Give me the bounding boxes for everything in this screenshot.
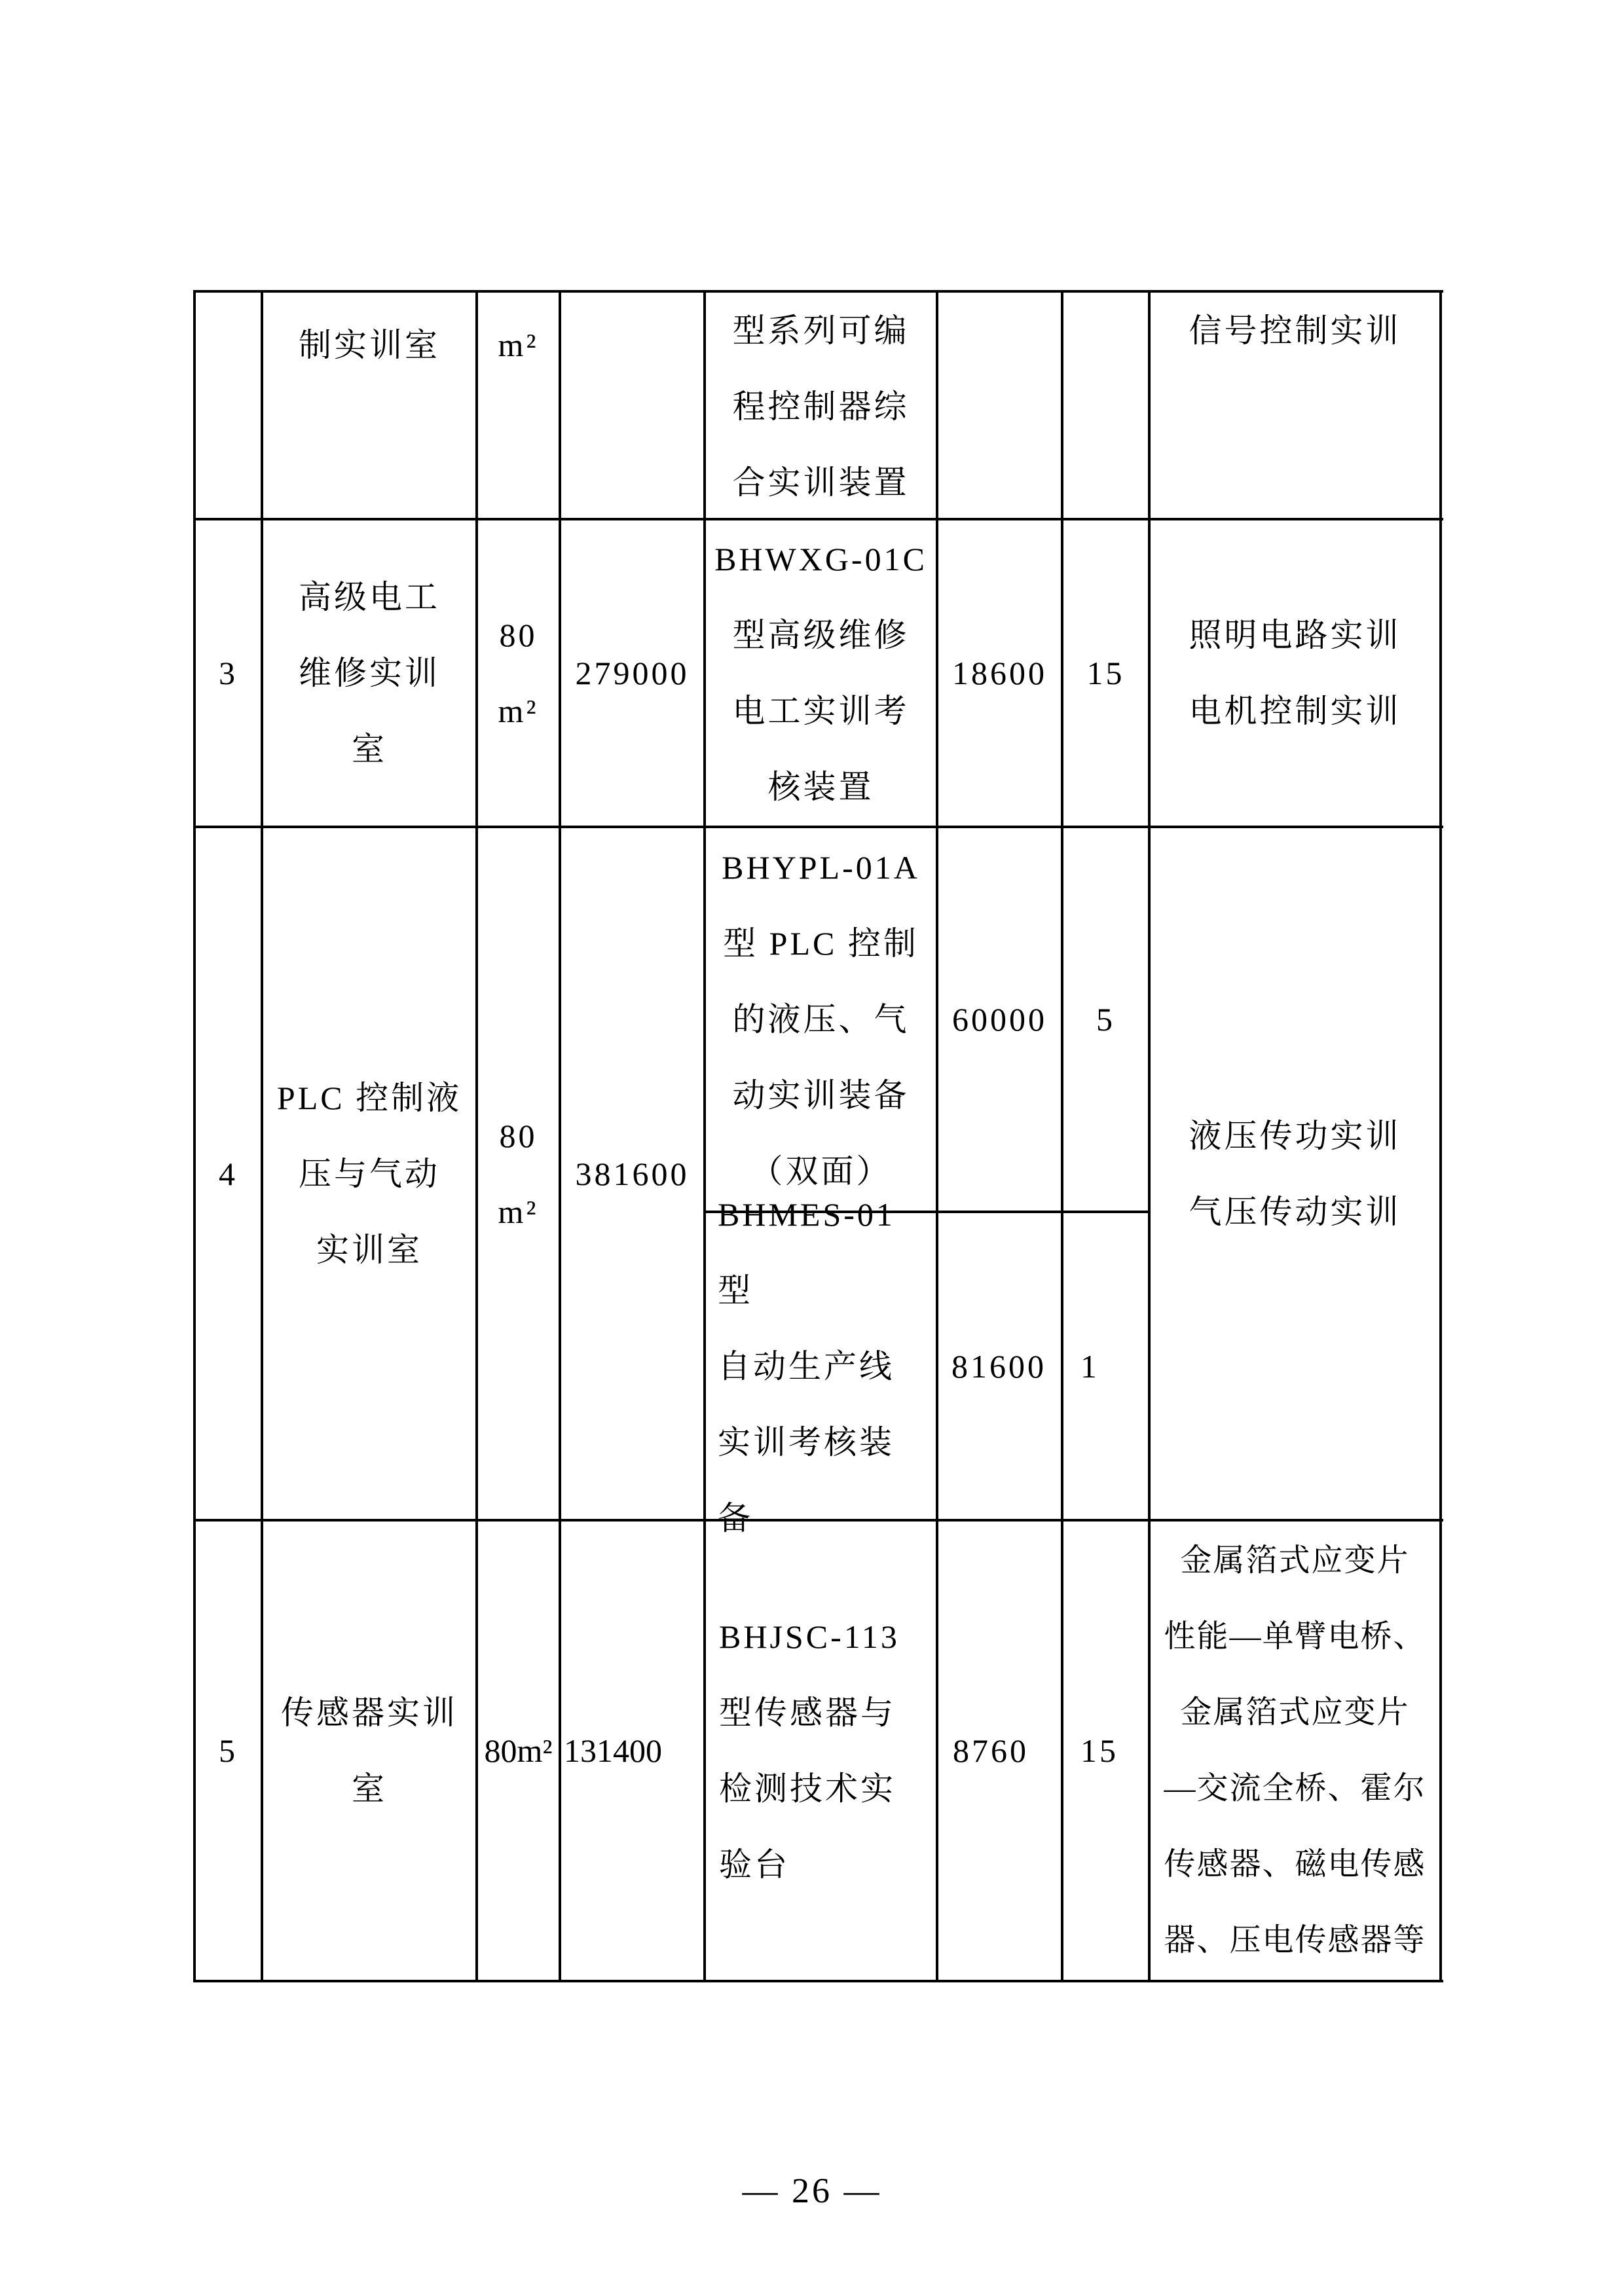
equipment-model: BHYPL-01A 型 PLC 控制 的液压、气 动实训装备 （双面） (722, 829, 920, 1209)
unit-price: 18600 (952, 635, 1047, 711)
room-name: 传感器实训 室 (281, 1675, 458, 1827)
cell-price: 18600 (938, 520, 1061, 826)
cell-qty: 1 (1063, 1213, 1148, 1519)
cell-model: BHWXG-01C 型高级维修 电工实训考 核装置 (706, 520, 936, 826)
page-number: — 26 — (0, 2170, 1624, 2211)
cell-model: BHJSC-113 型传感器与 检测技术实 验台 (706, 1522, 936, 1980)
cell-price: 8760 (938, 1522, 1061, 1980)
area-value: 80 m² (498, 1098, 539, 1250)
quantity: 15 (1087, 635, 1125, 711)
total-value: 131400 (564, 1713, 662, 1789)
cell-total: 279000 (561, 520, 703, 826)
cell-model: BHMES-01 型 自动生产线 实训考核装 备 (706, 1213, 936, 1519)
area-value: 80 m² (498, 597, 539, 749)
total-value: 381600 (576, 1136, 690, 1212)
table-right-border (1439, 290, 1442, 1982)
cell-index: 5 (196, 1522, 261, 1980)
room-name: 制实训室 (299, 307, 440, 383)
cell-model: 型系列可编 程控制器综 合实训装置 (706, 293, 936, 518)
cell-price: 81600 (938, 1213, 1061, 1519)
training-projects: 照明电路实训 电机控制实训 (1189, 597, 1401, 749)
training-projects: 金属箔式应变片 性能—单臂电桥、 金属箔式应变片 —交流全桥、霍尔 传感器、磁电… (1164, 1523, 1426, 1978)
index-text: 5 (219, 1713, 238, 1789)
cell-area: 80m² (478, 1522, 559, 1980)
equipment-model: BHMES-01 型 自动生产线 实训考核装 备 (718, 1176, 936, 1556)
cell-room: 传感器实训 室 (263, 1522, 475, 1980)
cell-model: BHYPL-01A 型 PLC 控制 的液压、气 动实训装备 （双面） (706, 828, 936, 1211)
unit-price: 60000 (952, 981, 1047, 1057)
unit-price: 81600 (951, 1328, 1046, 1404)
room-name: PLC 控制液 压与气动 实训室 (277, 1060, 462, 1288)
cell-qty: 15 (1063, 520, 1148, 826)
room-name: 高级电工 维修实训 室 (299, 559, 440, 787)
cell-index: 4 (196, 828, 261, 1519)
area-value: m² (498, 307, 539, 383)
cell-projects: 金属箔式应变片 性能—单臂电桥、 金属箔式应变片 —交流全桥、霍尔 传感器、磁电… (1151, 1522, 1439, 1980)
cell-qty: 15 (1063, 1522, 1148, 1980)
cell-index: 3 (196, 520, 261, 826)
cell-projects: 液压传功实训 气压传动实训 (1151, 828, 1439, 1519)
equipment-model: BHWXG-01C 型高级维修 电工实训考 核装置 (714, 521, 927, 825)
total-value: 279000 (576, 635, 690, 711)
cell-total: 381600 (561, 828, 703, 1519)
cell-price (938, 293, 1061, 518)
training-projects: 信号控制实训 (1189, 293, 1401, 369)
cell-price: 60000 (938, 828, 1061, 1211)
cell-room: PLC 控制液 压与气动 实训室 (263, 828, 475, 1519)
cell-area: m² (478, 293, 559, 518)
quantity: 5 (1096, 981, 1115, 1057)
cell-projects: 信号控制实训 (1151, 293, 1439, 518)
unit-price: 8760 (953, 1713, 1029, 1789)
cell-qty: 5 (1063, 828, 1148, 1211)
cell-projects: 照明电路实训 电机控制实训 (1151, 520, 1439, 826)
cell-room: 高级电工 维修实训 室 (263, 520, 475, 826)
quantity: 15 (1080, 1713, 1118, 1789)
index-text: 4 (219, 1136, 238, 1212)
cell-qty (1063, 293, 1148, 518)
index-text: 3 (219, 635, 238, 711)
cell-room: 制实训室 (263, 293, 475, 518)
cell-index (196, 293, 261, 518)
area-value: 80m² (485, 1713, 553, 1789)
equipment-model: BHJSC-113 型传感器与 检测技术实 验台 (719, 1599, 900, 1903)
quantity: 1 (1080, 1328, 1099, 1404)
cell-total: 131400 (561, 1522, 703, 1980)
cell-area: 80 m² (478, 520, 559, 826)
equipment-model: 型系列可编 程控制器综 合实训装置 (733, 293, 910, 520)
cell-total (561, 293, 703, 518)
cell-area: 80 m² (478, 828, 559, 1519)
training-projects: 液压传功实训 气压传动实训 (1189, 1098, 1401, 1250)
table-bottom-border (193, 1980, 1443, 1982)
